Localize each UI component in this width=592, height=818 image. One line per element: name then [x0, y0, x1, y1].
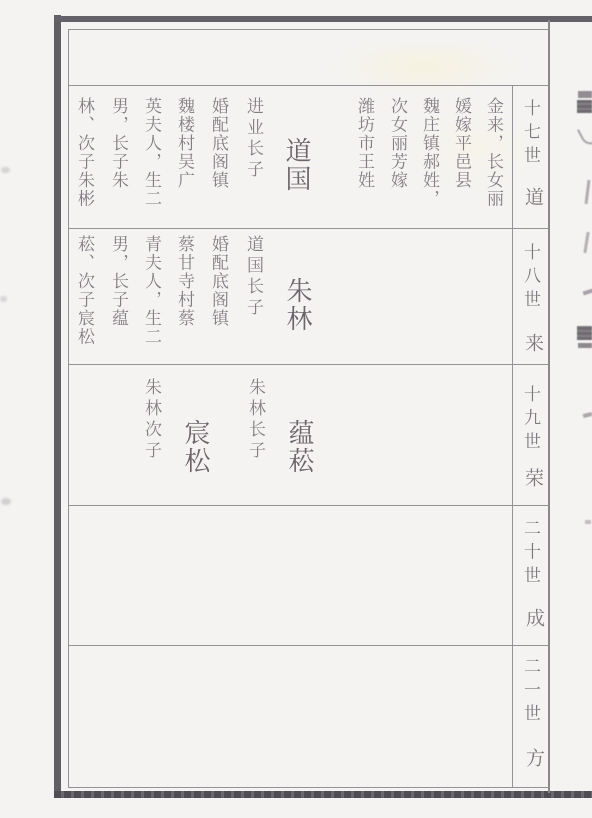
- table-line-row-divider: [68, 505, 549, 506]
- edge-glyph-fragment: [578, 91, 592, 98]
- edge-glyph-fragment: [583, 232, 589, 253]
- margin-smudge: [0, 296, 7, 302]
- bio-column: 魏楼村吴广: [176, 97, 193, 190]
- ancestor-name: 朱林: [284, 277, 310, 333]
- margin-smudge: [1, 498, 11, 505]
- table-line: [68, 29, 549, 30]
- genealogy-page-scan: 十七世 道 金来，长女丽 媛嫁平邑县 魏庄镇郝姓， 次女丽芳嫁 潍坊市王姓 道国…: [0, 0, 592, 818]
- bio-column: 男，长子蕴: [110, 235, 127, 328]
- bio-column: 婚配底阁镇: [210, 235, 227, 328]
- bio-column: 青夫人，生二: [143, 235, 160, 346]
- edge-glyph-fragment: [577, 326, 592, 340]
- edge-glyph-fragment: [583, 412, 592, 418]
- ancestor-name: 宸松: [182, 419, 208, 475]
- continuation-column: 魏庄镇郝姓，: [421, 97, 438, 208]
- table-line-header-divider: [68, 85, 549, 86]
- continuation-column: 次女丽芳嫁: [389, 97, 406, 190]
- generation-char: 荣: [523, 468, 542, 487]
- table-line-row-divider: [68, 364, 549, 365]
- edge-glyph-fragment: [577, 100, 592, 113]
- bio-column: 菘、次子宸松: [76, 235, 93, 346]
- generation-char: 来: [523, 333, 542, 352]
- table-line-row-divider: [68, 645, 549, 646]
- bio-column: 英夫人，生二: [143, 97, 160, 208]
- paper-tint: [330, 38, 520, 96]
- relation-label: 道国长子: [245, 235, 262, 319]
- table-line-generation-column-divider: [512, 85, 513, 787]
- edge-glyph-fragment: [585, 180, 591, 204]
- edge-glyph-fragment: [578, 343, 592, 348]
- page-border-top: [54, 16, 592, 22]
- edge-glyph-fragment: [577, 124, 592, 148]
- edge-glyph-fragment: [585, 520, 591, 524]
- relation-label: 进业长子: [245, 97, 262, 181]
- bio-column: 蔡甘寺村蔡: [176, 235, 193, 328]
- page-border-bottom: [54, 791, 592, 798]
- generation-label: 二十世: [522, 519, 539, 590]
- page-border-right: [548, 20, 550, 793]
- generation-label: 十八世: [522, 243, 539, 314]
- generation-label: 二一世: [522, 657, 539, 728]
- generation-char: 成: [524, 608, 543, 627]
- generation-label: 十九世: [522, 385, 539, 456]
- ancestor-name: 蕴菘: [286, 419, 312, 475]
- edge-glyph-fragment: [583, 289, 592, 296]
- table-line: [68, 29, 69, 788]
- table-line-row-divider: [68, 228, 549, 229]
- continuation-column: 潍坊市王姓: [356, 97, 373, 190]
- generation-char: 道: [523, 187, 542, 206]
- relation-label: 朱林长子: [247, 378, 264, 462]
- generation-char: 方: [524, 748, 543, 767]
- bio-column: 婚配底阁镇: [210, 97, 227, 190]
- continuation-column: 金来，长女丽: [485, 97, 502, 208]
- bio-column: 男，长子朱: [110, 97, 127, 190]
- continuation-column: 媛嫁平邑县: [453, 97, 470, 190]
- margin-smudge: [1, 167, 10, 173]
- page-border-left: [54, 15, 61, 798]
- generation-label: 十七世: [522, 99, 539, 170]
- relation-label: 朱林次子: [143, 378, 160, 462]
- ancestor-name: 道国: [283, 137, 309, 193]
- table-line: [68, 787, 549, 788]
- bio-column: 林、次子朱彬: [76, 97, 93, 208]
